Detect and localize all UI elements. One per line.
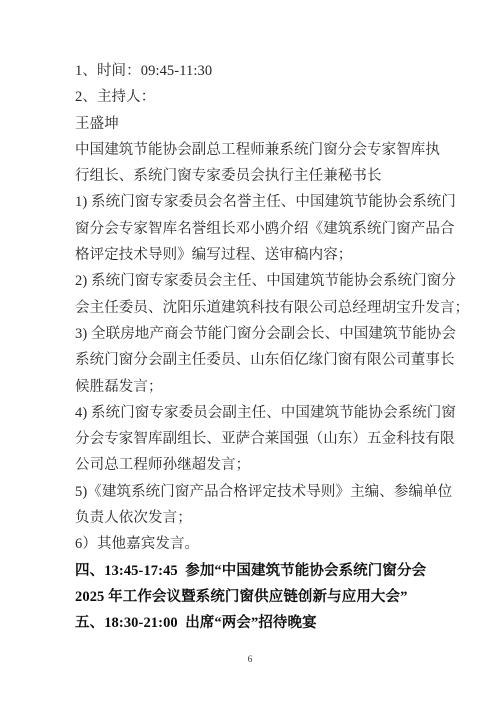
document-line: 候胜磊发言；: [75, 374, 447, 400]
document-line: 1) 系统门窗专家委员会名誉主任、中国建筑节能协会系统门: [75, 189, 447, 215]
document-line: 负责人依次发言；: [75, 505, 447, 531]
document-line: 行组长、系统门窗专家委员会执行主任兼秘书长: [75, 163, 447, 189]
document-line: 系统门窗分会副主任委员、山东佰亿缘门窗有限公司董事长: [75, 347, 447, 373]
document-line: 4) 系统门窗专家委员会副主任、中国建筑节能协会系统门窗: [75, 400, 447, 426]
document-line: 分会专家智库副组长、亚萨合莱国强（山东）五金科技有限: [75, 426, 447, 452]
page-footer: 6: [0, 649, 500, 667]
document-line: 3) 全联房地产商会节能门窗分会副会长、中国建筑节能协会: [75, 321, 447, 347]
document-line: 会主任委员、沈阳乐道建筑科技有限公司总经理胡宝升发言；: [75, 295, 447, 321]
document-line: 2、主持人：: [75, 84, 447, 110]
document-line: 公司总工程师孙继超发言；: [75, 452, 447, 478]
page-number: 6: [248, 655, 253, 665]
document-line: 窗分会专家智库名誉组长邓小鸥介绍《建筑系统门窗产品合: [75, 216, 447, 242]
document-line: 6）其他嘉宾发言。: [75, 531, 447, 557]
document-line: 2) 系统门窗专家委员会主任、中国建筑节能协会系统门窗分: [75, 268, 447, 294]
agenda-heading-line: 四、13:45-17:45 参加“中国建筑节能协会系统门窗分会: [75, 558, 447, 584]
agenda-heading-line: 2025 年工作会议暨系统门窗供应链创新与应用大会”: [75, 584, 447, 610]
document-content: 1、时间：09:45-11:302、主持人：王盛坤中国建筑节能协会副总工程师兼系…: [75, 58, 447, 637]
document-line: 王盛坤: [75, 111, 447, 137]
document-page: 1、时间：09:45-11:302、主持人：王盛坤中国建筑节能协会副总工程师兼系…: [0, 0, 500, 707]
agenda-heading-line: 五、18:30-21:00 出席“两会”招待晚宴: [75, 610, 447, 636]
document-line: 1、时间：09:45-11:30: [75, 58, 447, 84]
document-line: 格评定技术导则》编写过程、送审稿内容；: [75, 242, 447, 268]
document-line: 中国建筑节能协会副总工程师兼系统门窗分会专家智库执: [75, 137, 447, 163]
document-line: 5)《建筑系统门窗产品合格评定技术导则》主编、参编单位: [75, 479, 447, 505]
